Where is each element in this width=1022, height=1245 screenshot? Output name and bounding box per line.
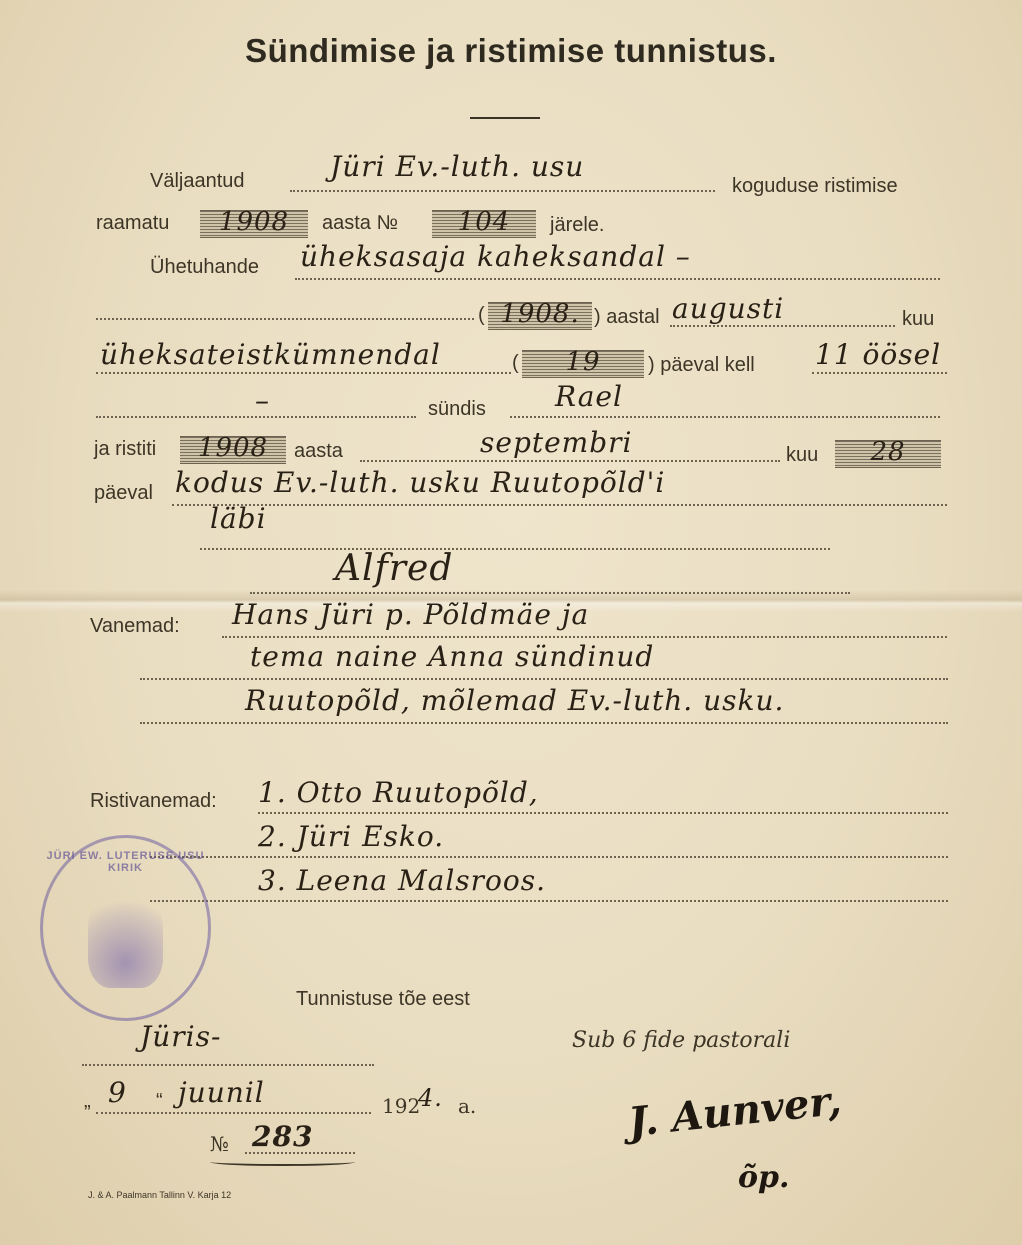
church-seal-stamp: JÜRI EW. LUTERUSE USU KIRIK — [40, 835, 211, 1021]
field-register-year-box: 1908 — [200, 210, 308, 238]
field-time: 11 öösel — [815, 338, 941, 371]
field-baptism-day: 28 — [835, 441, 941, 463]
document-title: Sündimise ja ristimise tunnistus. — [0, 32, 1022, 70]
field-baptism-month: septembri — [480, 426, 633, 459]
number-sign: № — [210, 1132, 229, 1156]
label-godparents: Ristivanemad: — [90, 790, 217, 813]
field-register-no: 104 — [432, 211, 536, 233]
field-godparent-3: 3. Leena Malsroos. — [258, 864, 546, 897]
label-parents: Vanemad: — [90, 615, 180, 638]
field-birth-prefix: – — [255, 384, 270, 417]
field-year-digits: 1908. — [488, 303, 592, 325]
dotted-line — [250, 592, 850, 594]
field-issue-day: 9 — [108, 1076, 127, 1109]
paren-open: ( — [512, 352, 519, 375]
label-issued: Väljaantud — [150, 170, 245, 193]
label-book: raamatu — [96, 212, 169, 235]
field-baptism-year-box: 1908 — [180, 436, 286, 464]
stamp-text: JÜRI EW. LUTERUSE USU KIRIK — [43, 850, 208, 874]
label-day-time: ) päeval kell — [648, 354, 755, 377]
field-issue-month: juunil — [178, 1076, 265, 1109]
dotted-line — [295, 278, 940, 280]
brace-underline — [210, 1158, 355, 1166]
label-day: päeval — [94, 482, 153, 505]
field-year-digits-box: 1908. — [488, 302, 592, 330]
sub-fide-pastorali: Sub 6 fide pastorali — [572, 1028, 790, 1053]
field-issue-year-digit: 4. — [418, 1084, 443, 1112]
field-register-no-box: 104 — [432, 210, 536, 238]
field-parents-2: tema naine Anna sündinud — [250, 640, 654, 673]
dotted-line — [360, 460, 780, 462]
quote-open: „ — [84, 1090, 91, 1113]
field-register-year: 1908 — [200, 211, 308, 233]
dotted-line — [812, 372, 947, 374]
label-year-no: aasta № — [322, 212, 398, 235]
dotted-line — [258, 812, 948, 814]
year-suffix: a. — [458, 1094, 476, 1118]
printer-imprint: J. & A. Paalmann Tallinn V. Karja 12 — [88, 1190, 231, 1200]
dotted-line — [150, 900, 948, 902]
field-day-digits-box: 19 — [522, 350, 644, 378]
dotted-line — [290, 190, 715, 192]
paren-open: ( — [478, 304, 485, 327]
label-month2: kuu — [786, 444, 818, 467]
field-birthplace: Rael — [555, 380, 623, 413]
pastor-signature: J. Aunver, — [626, 1077, 843, 1146]
label-parish-register: koguduse ristimise — [732, 175, 898, 198]
field-baptism-year: 1908 — [180, 437, 286, 459]
pastor-title: õp. — [738, 1160, 789, 1195]
field-godparent-2: 2. Jüri Esko. — [258, 820, 444, 853]
dotted-line — [140, 678, 948, 680]
dotted-line — [96, 318, 474, 320]
dotted-line — [222, 636, 947, 638]
label-aastal: ) aastal — [594, 306, 660, 329]
field-issue-place: Jüris- — [140, 1020, 221, 1053]
field-godparent-1: 1. Otto Ruutopõld, — [258, 776, 539, 809]
label-year: aasta — [294, 440, 343, 463]
label-baptized: ja ristiti — [94, 438, 156, 461]
stamp-emblem-icon — [88, 888, 163, 988]
dotted-line — [200, 548, 830, 550]
dotted-line — [96, 1112, 371, 1114]
dotted-line — [150, 856, 948, 858]
field-day-digits: 19 — [522, 351, 644, 373]
field-birth-month: augusti — [672, 292, 784, 325]
field-day-words: üheksateistkümnendal — [100, 338, 441, 371]
field-parish: Jüri Ev.-luth. usu — [330, 150, 584, 183]
field-parents-1: Hans Jüri p. Põldmäe ja — [232, 598, 589, 631]
dotted-line — [172, 504, 947, 506]
dotted-line — [140, 722, 948, 724]
field-baptism-place-2: läbi — [210, 502, 267, 535]
field-baptism-place-1: kodus Ev.-luth. usku Ruutopõld'i — [175, 466, 665, 499]
label-born: sündis — [428, 398, 486, 421]
year-prefix: 192 — [382, 1094, 420, 1118]
dotted-line — [82, 1064, 374, 1066]
field-year-words: üheksasaja kaheksandal – — [300, 240, 691, 273]
title-divider — [470, 117, 540, 119]
label-according: järele. — [550, 214, 604, 237]
label-certified: Tunnistuse tõe eest — [296, 988, 470, 1011]
dotted-line — [96, 372, 511, 374]
certificate-page: Sündimise ja ristimise tunnistus. Väljaa… — [0, 0, 1022, 1245]
dotted-line — [510, 416, 940, 418]
field-baptism-day-box: 28 — [835, 440, 941, 468]
quote-close: “ — [156, 1090, 163, 1113]
field-parents-3: Ruutopõld, mõlemad Ev.-luth. usku. — [245, 684, 784, 717]
dotted-line — [670, 325, 895, 327]
dotted-line — [245, 1152, 355, 1154]
field-certificate-no: 283 — [252, 1120, 313, 1153]
label-month: kuu — [902, 308, 934, 331]
field-child-name: Alfred — [335, 548, 453, 589]
label-on-the: Ühetuhande — [150, 256, 259, 279]
